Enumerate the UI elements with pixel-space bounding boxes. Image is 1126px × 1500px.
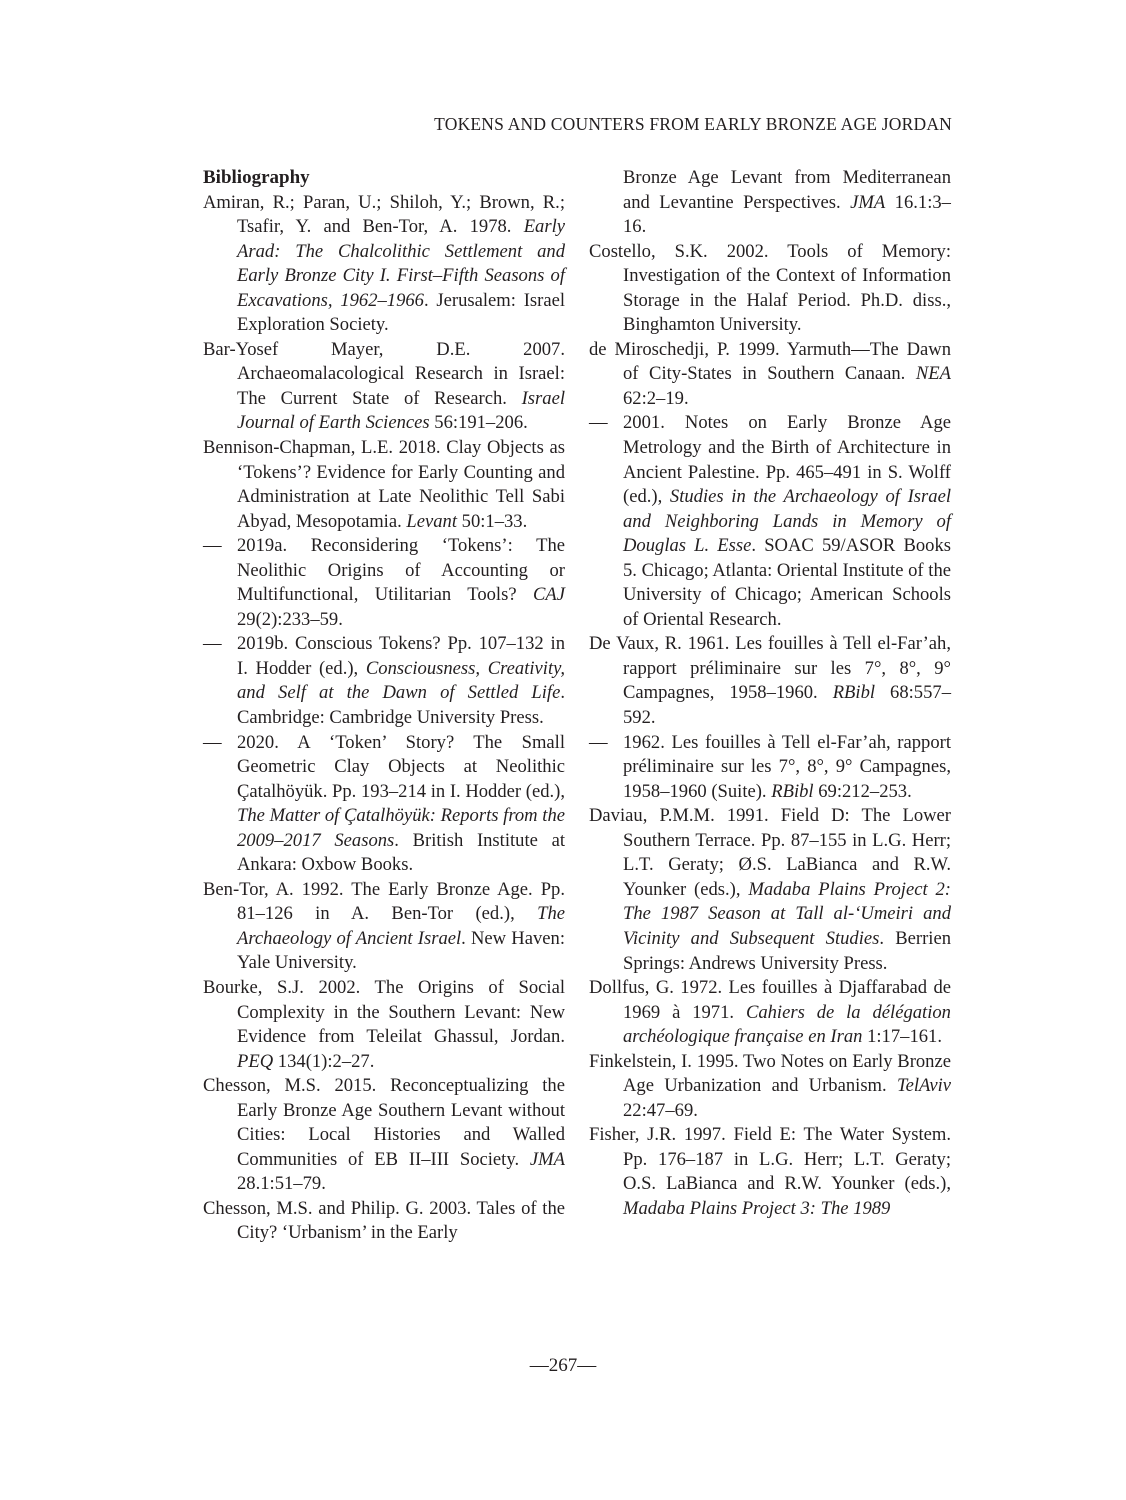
entry-list: Amiran, R.; Paran, U.; Shiloh, Y.; Brown…	[203, 191, 565, 1247]
entry-text: Bar-Yosef Mayer, D.E. 2007. Archaeomalac…	[203, 339, 565, 409]
entry-text: 29(2):233–59.	[237, 609, 343, 630]
bibliography-entry: —2019a. Reconsidering ‘Tokens’: The Neol…	[203, 534, 565, 632]
ditto-dash: —	[203, 534, 222, 559]
bibliography-column-right: Bronze Age Levant from Mediterranean and…	[589, 166, 951, 1222]
entry-text: Chesson, M.S. 2015. Reconceptualizing th…	[203, 1075, 565, 1170]
italic-title: Madaba Plains Project 3: The 1989	[623, 1198, 890, 1219]
entry-text: Bourke, S.J. 2002. The Origins of Social…	[203, 977, 565, 1047]
italic-title: RBibl	[771, 781, 813, 802]
ditto-dash: —	[589, 411, 608, 436]
entry-text: 69:212–253.	[814, 781, 912, 802]
bibliography-entry: Bronze Age Levant from Mediterranean and…	[589, 166, 951, 240]
bibliography-entry: Ben-Tor, A. 1992. The Early Bronze Age. …	[203, 878, 565, 976]
entry-text: Amiran, R.; Paran, U.; Shiloh, Y.; Brown…	[203, 192, 565, 238]
section-heading: Bibliography	[203, 166, 565, 191]
entry-text: 134(1):2–27.	[273, 1051, 374, 1072]
bibliography-entry: —2019b. Conscious Tokens? Pp. 107–132 in…	[203, 632, 565, 730]
entry-text: 1:17–161.	[862, 1026, 942, 1047]
italic-title: PEQ	[237, 1051, 273, 1072]
entry-text: Fisher, J.R. 1997. Field E: The Water Sy…	[589, 1124, 951, 1194]
bibliography-entry: Chesson, M.S. and Philip. G. 2003. Tales…	[203, 1197, 565, 1246]
bibliography-entry: Daviau, P.M.M. 1991. Field D: The Lower …	[589, 804, 951, 976]
entry-text: 2019a. Reconsidering ‘Tokens’: The Neoli…	[237, 535, 565, 605]
bibliography-entry: Bennison-Chapman, L.E. 2018. Clay Object…	[203, 436, 565, 534]
bibliography-entry: Finkelstein, I. 1995. Two Notes on Early…	[589, 1050, 951, 1124]
italic-title: CAJ	[533, 584, 565, 605]
bibliography-entry: Chesson, M.S. 2015. Reconceptualizing th…	[203, 1074, 565, 1197]
entry-text: Chesson, M.S. and Philip. G. 2003. Tales…	[203, 1198, 565, 1244]
italic-title: RBibl	[833, 682, 875, 703]
entry-text: 22:47–69.	[623, 1100, 698, 1121]
bibliography-entry: Bar-Yosef Mayer, D.E. 2007. Archaeomalac…	[203, 338, 565, 436]
bibliography-entry: —1962. Les fouilles à Tell el-Far’ah, ra…	[589, 731, 951, 805]
entry-text: 56:191–206.	[430, 412, 528, 433]
italic-title: TelAviv	[897, 1075, 951, 1096]
bibliography-entry: —2001. Notes on Early Bronze Age Metrolo…	[589, 411, 951, 632]
entry-text: 28.1:51–79.	[237, 1173, 326, 1194]
italic-title: JMA	[530, 1149, 565, 1170]
entry-text: 50:1–33.	[457, 511, 527, 532]
ditto-dash: —	[203, 632, 222, 657]
italic-title: NEA	[916, 363, 951, 384]
bibliography-entry: de Miroschedji, P. 1999. Yarmuth—The Daw…	[589, 338, 951, 412]
bibliography-entry: De Vaux, R. 1961. Les fouilles à Tell el…	[589, 632, 951, 730]
entry-list: Bronze Age Levant from Mediterranean and…	[589, 166, 951, 1222]
ditto-dash: —	[589, 731, 608, 756]
bibliography-entry: Dollfus, G. 1972. Les fouilles à Djaffar…	[589, 976, 951, 1050]
entry-text: 2020. A ‘Token’ Story? The Small Geometr…	[237, 732, 565, 802]
entry-text: 62:2–19.	[623, 388, 689, 409]
bibliography-entry: —2020. A ‘Token’ Story? The Small Geomet…	[203, 731, 565, 878]
bibliography-entry: Bourke, S.J. 2002. The Origins of Social…	[203, 976, 565, 1074]
entry-text: de Miroschedji, P. 1999. Yarmuth—The Daw…	[589, 339, 951, 385]
entry-text: Costello, S.K. 2002. Tools of Memory: In…	[589, 241, 951, 336]
italic-title: Levant	[406, 511, 457, 532]
bibliography-entry: Amiran, R.; Paran, U.; Shiloh, Y.; Brown…	[203, 191, 565, 338]
ditto-dash: —	[203, 731, 222, 756]
bibliography-entry: Costello, S.K. 2002. Tools of Memory: In…	[589, 240, 951, 338]
page-number: —267—	[0, 1355, 1126, 1377]
entry-text: Ben-Tor, A. 1992. The Early Bronze Age. …	[203, 879, 565, 925]
italic-title: JMA	[850, 192, 885, 213]
bibliography-column-left: Bibliography Amiran, R.; Paran, U.; Shil…	[203, 166, 565, 1246]
bibliography-entry: Fisher, J.R. 1997. Field E: The Water Sy…	[589, 1123, 951, 1221]
running-head: TOKENS AND COUNTERS FROM EARLY BRONZE AG…	[434, 114, 952, 135]
